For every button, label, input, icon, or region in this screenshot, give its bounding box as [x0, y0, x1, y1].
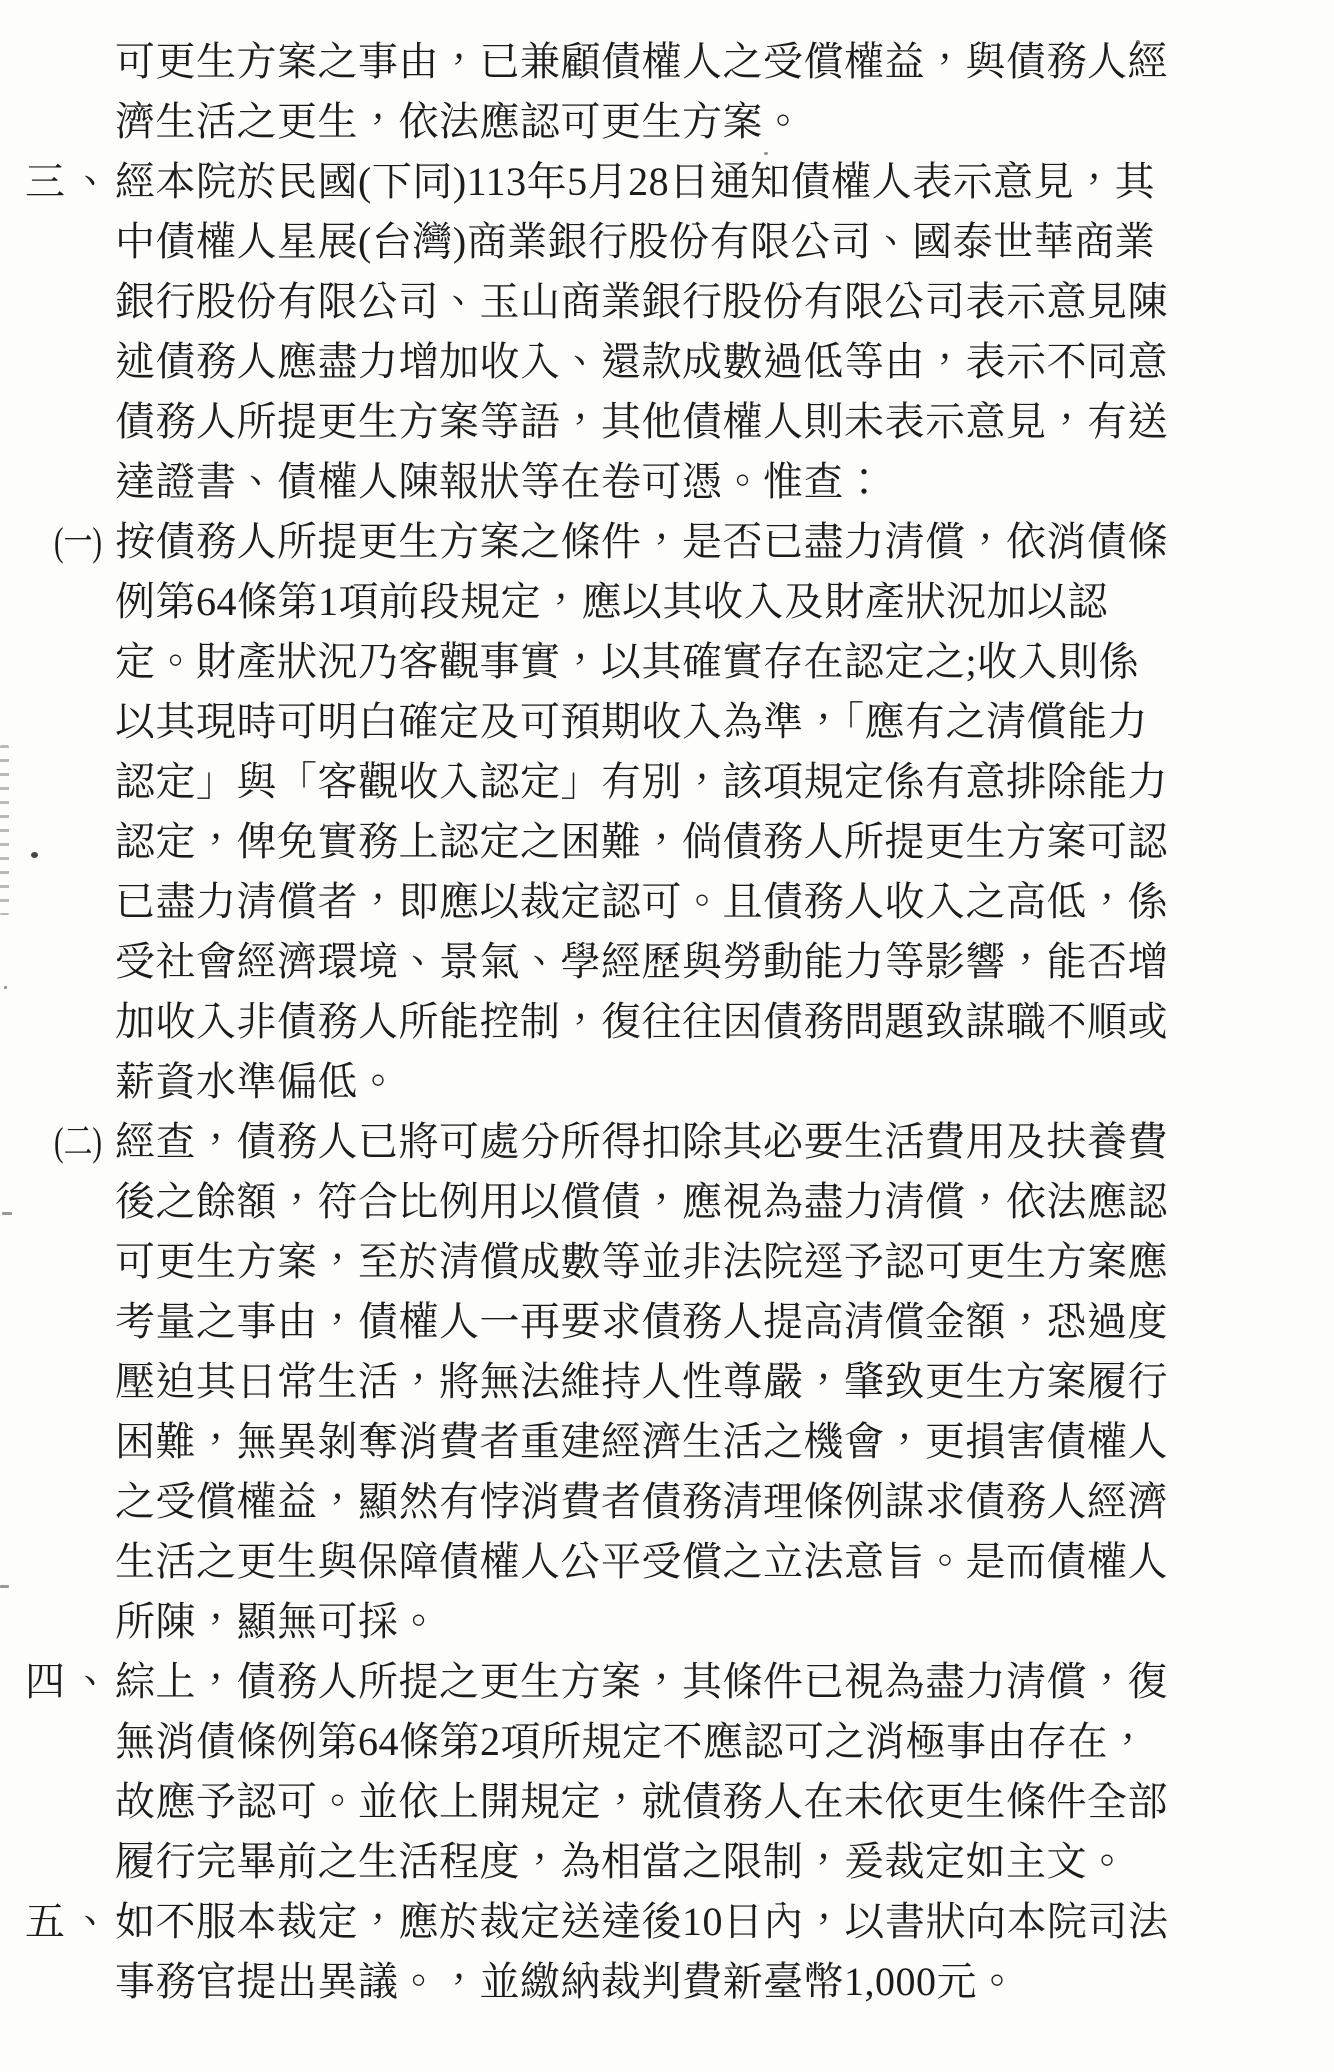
text-line: 壓迫其日常生活，將無法維持人性尊嚴，肇致更生方案履行 [115, 1352, 1334, 1412]
scanned-court-document-page: 可更生方案之事由，已兼顧債權人之受償權益，與債務人經濟生活之更生，依法應認可更生… [0, 0, 1334, 2072]
text-line: 受社會經濟環境、景氣、學經歷與勞動能力等影響，能否增 [115, 932, 1334, 992]
text-line: 故應予認可。並依上開規定，就債務人在未依更生條件全部 [115, 1772, 1334, 1832]
text-line: 可更生方案之事由，已兼顧債權人之受償權益，與債務人經 [115, 32, 1334, 92]
paragraph-marker: 三、 [25, 152, 117, 212]
text-line: 可更生方案，至於清償成數等並非法院逕予認可更生方案應 [115, 1232, 1334, 1292]
paragraph-lines: 綜上，債務人所提之更生方案，其條件已視為盡力清償，復無消債條例第64條第2項所規… [115, 1652, 1334, 1892]
scan-artifact [0, 745, 9, 915]
paragraph-lines: 可更生方案之事由，已兼顧債權人之受償權益，與債務人經濟生活之更生，依法應認可更生… [115, 32, 1334, 152]
text-line: 中債權人星展(台灣)商業銀行股份有限公司、國泰世華商業 [115, 212, 1334, 272]
text-line: 事務官提出異議。，並繳納裁判費新臺幣1,000元。 [115, 1952, 1334, 2012]
text-line: 認定，俾免實務上認定之困難，倘債務人所提更生方案可認 [115, 812, 1334, 872]
paragraph-lines: 如不服本裁定，應於裁定送達後10日內，以書狀向本院司法事務官提出異議。，並繳納裁… [115, 1892, 1334, 2012]
text-line: 生活之更生與保障債權人公平受償之立法意旨。是而債權人 [115, 1532, 1334, 1592]
text-line: 加收入非債務人所能控制，復往往因債務問題致謀職不順或 [115, 992, 1334, 1052]
paragraph-marker: (二) [54, 1112, 102, 1172]
text-line: 經本院於民國(下同)113年5月28日通知債權人表示意見，其 [115, 152, 1334, 212]
text-line: 述債務人應盡力增加收入、還款成數過低等由，表示不同意 [115, 332, 1334, 392]
text-line: 綜上，債務人所提之更生方案，其條件已視為盡力清償，復 [115, 1652, 1334, 1712]
paragraph-lines: 經本院於民國(下同)113年5月28日通知債權人表示意見，其中債權人星展(台灣)… [115, 152, 1334, 512]
text-line: 如不服本裁定，應於裁定送達後10日內，以書狀向本院司法 [115, 1892, 1334, 1952]
scan-artifact [2, 1212, 12, 1215]
text-line: 例第64條第1項前段規定，應以其收入及財產狀況加以認 [115, 572, 1334, 632]
scan-artifact [31, 852, 38, 858]
paragraph-marker: 四、 [25, 1652, 117, 1712]
scan-artifact [1103, 418, 1107, 422]
text-line: 達證書、債權人陳報狀等在卷可憑。惟查： [115, 452, 1334, 512]
text-line: 按債務人所提更生方案之條件，是否已盡力清償，依消債條 [115, 512, 1334, 572]
document-body: 可更生方案之事由，已兼顧債權人之受償權益，與債務人經濟生活之更生，依法應認可更生… [0, 32, 1334, 2012]
text-line: 定。財產狀況乃客觀事實，以其確實存在認定之;收入則係 [115, 632, 1334, 692]
text-line: 債務人所提更生方案等語，其他債權人則未表示意見，有送 [115, 392, 1334, 452]
text-line: 濟生活之更生，依法應認可更生方案。 [115, 92, 1334, 152]
text-line: 履行完畢前之生活程度，為相當之限制，爰裁定如主文。 [115, 1832, 1334, 1892]
paragraph-marker: 五、 [25, 1892, 117, 1952]
paragraph: 四、 綜上，債務人所提之更生方案，其條件已視為盡力清償，復無消債條例第64條第2… [0, 1652, 1334, 1892]
text-line: 薪資水準偏低。 [115, 1052, 1334, 1112]
text-line: 所陳，顯無可採。 [115, 1592, 1334, 1652]
paragraph-marker: (一) [54, 512, 102, 572]
paragraph: 五、 如不服本裁定，應於裁定送達後10日內，以書狀向本院司法事務官提出異議。，並… [0, 1892, 1334, 2012]
paragraph-lines: 經查，債務人已將可處分所得扣除其必要生活費用及扶養費後之餘額，符合比例用以償債，… [115, 1112, 1334, 1652]
scan-artifact [764, 152, 768, 155]
scan-artifact [0, 1585, 9, 1588]
scan-artifact [4, 986, 7, 989]
paragraph: (一) 按債務人所提更生方案之條件，是否已盡力清償，依消債條例第64條第1項前段… [0, 512, 1334, 1112]
text-line: 已盡力清償者，即應以裁定認可。且債務人收入之高低，係 [115, 872, 1334, 932]
text-line: 考量之事由，債權人一再要求債務人提高清償金額，恐過度 [115, 1292, 1334, 1352]
text-line: 無消債條例第64條第2項所規定不應認可之消極事由存在， [115, 1712, 1334, 1772]
text-line: 經查，債務人已將可處分所得扣除其必要生活費用及扶養費 [115, 1112, 1334, 1172]
text-line: 認定」與「客觀收入認定」有別，該項規定係有意排除能力 [115, 752, 1334, 812]
paragraph: 三、 經本院於民國(下同)113年5月28日通知債權人表示意見，其中債權人星展(… [0, 152, 1334, 512]
text-line: 困難，無異剝奪消費者重建經濟生活之機會，更損害債權人 [115, 1412, 1334, 1472]
text-line: 以其現時可明白確定及可預期收入為準，「應有之清償能力 [115, 692, 1334, 752]
paragraph: (二) 經查，債務人已將可處分所得扣除其必要生活費用及扶養費後之餘額，符合比例用… [0, 1112, 1334, 1652]
text-line: 之受償權益，顯然有悖消費者債務清理條例謀求債務人經濟 [115, 1472, 1334, 1532]
scan-artifact [1136, 40, 1140, 44]
paragraph-lines: 按債務人所提更生方案之條件，是否已盡力清償，依消債條例第64條第1項前段規定，應… [115, 512, 1334, 1112]
paragraph: 可更生方案之事由，已兼顧債權人之受償權益，與債務人經濟生活之更生，依法應認可更生… [0, 32, 1334, 152]
text-line: 後之餘額，符合比例用以償債，應視為盡力清償，依法應認 [115, 1172, 1334, 1232]
text-line: 銀行股份有限公司、玉山商業銀行股份有限公司表示意見陳 [115, 272, 1334, 332]
